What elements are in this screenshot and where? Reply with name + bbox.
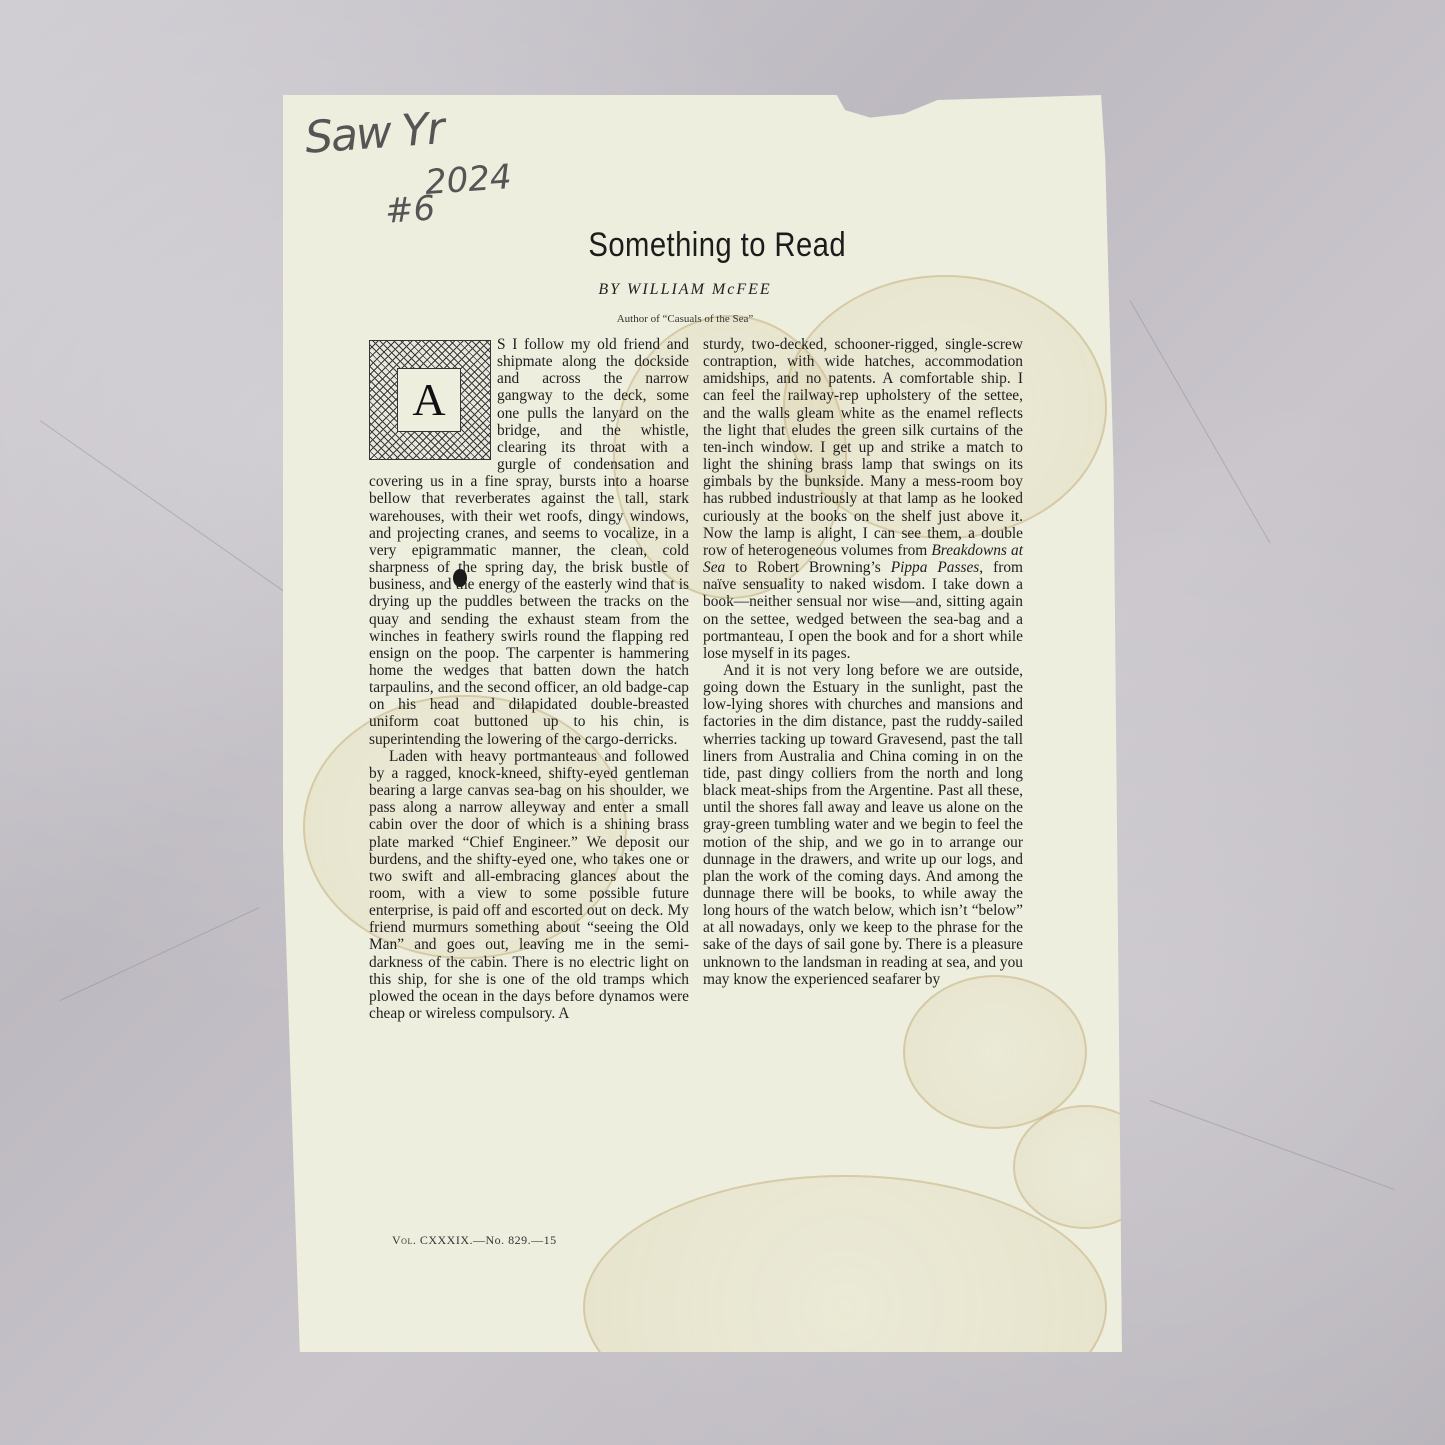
article-title: Something to Read xyxy=(96,226,1339,265)
water-stain xyxy=(583,1175,1107,1439)
volume-label: Vol. xyxy=(392,1233,416,1247)
volume-number: CXXXIX.—No. 829.—15 xyxy=(420,1233,557,1247)
drop-cap-letter: A xyxy=(397,368,461,432)
paragraph: Laden with heavy portmanteaus and follow… xyxy=(369,748,689,1023)
marble-vein xyxy=(1130,300,1271,543)
article-column-right: sturdy, two-decked, schooner-rigged, sin… xyxy=(703,336,1023,988)
marble-vein xyxy=(1150,1100,1395,1190)
marble-vein xyxy=(40,420,286,593)
handwritten-year: 2024 xyxy=(424,157,513,203)
article-subtitle: Author of “Casuals of the Sea” xyxy=(0,313,1370,325)
ornamental-drop-cap: A xyxy=(369,340,491,460)
water-stain xyxy=(903,975,1087,1129)
water-stain xyxy=(1013,1105,1157,1229)
article-byline: BY WILLIAM McFEE xyxy=(0,281,1370,299)
text-run: to Robert Browning’s xyxy=(725,559,890,576)
handwritten-signature: Saw Yr xyxy=(303,103,444,163)
marble-vein xyxy=(60,907,260,1001)
paragraph: And it is not very long before we are ou… xyxy=(703,662,1023,988)
book-title-pippa-passes: Pippa Passes xyxy=(891,559,980,576)
volume-footer: Vol. CXXXIX.—No. 829.—15 xyxy=(392,1233,557,1248)
text-run: sturdy, two-decked, schooner-rigged, sin… xyxy=(703,336,1023,559)
paragraph: sturdy, two-decked, schooner-rigged, sin… xyxy=(703,336,1023,662)
article-column-left: A S I follow my old friend and shipmate … xyxy=(369,336,689,1022)
